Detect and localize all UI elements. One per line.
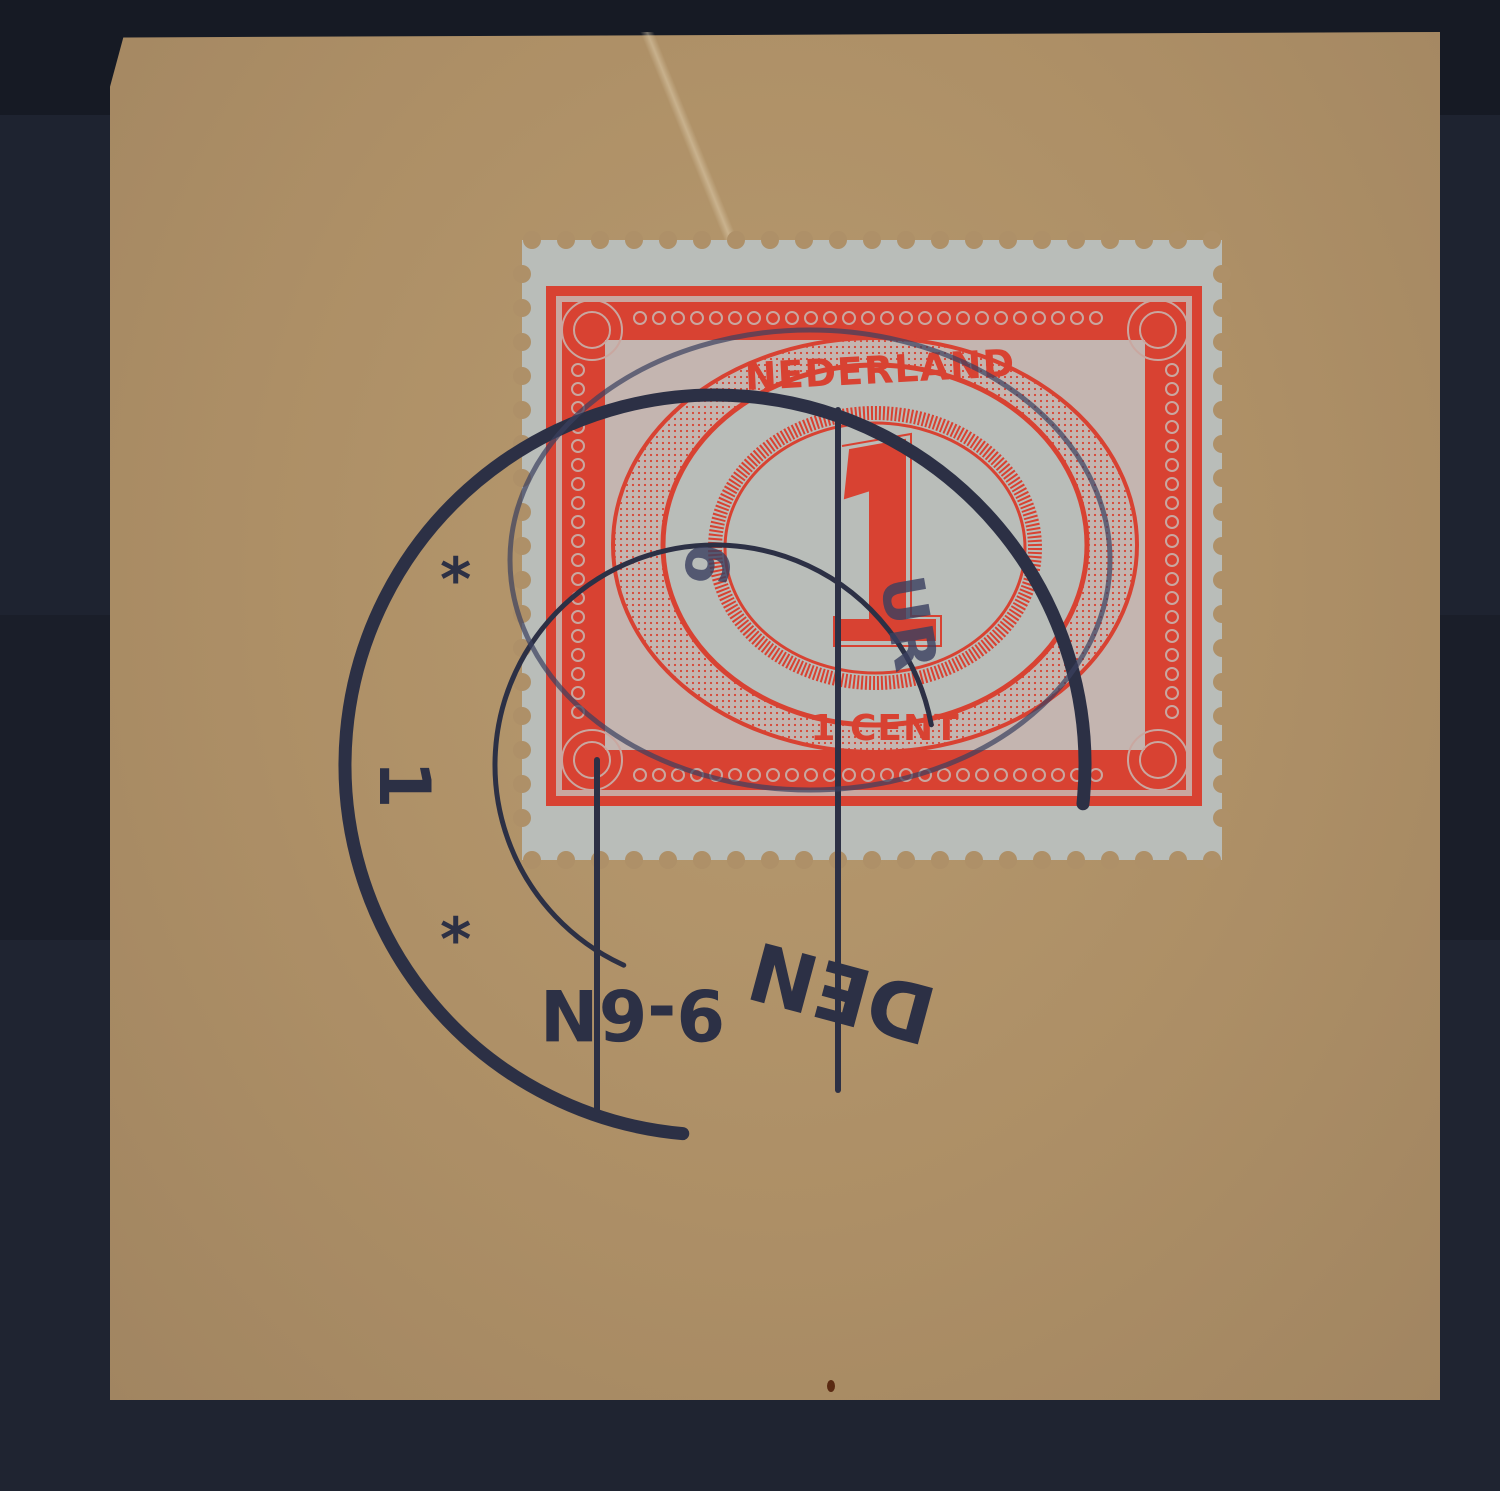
denomination-text: 1 CENT bbox=[800, 708, 970, 749]
paper-stain bbox=[827, 1380, 835, 1392]
stamp-artwork bbox=[510, 230, 1232, 870]
postage-stamp: NEDERLAND 1 CENT bbox=[510, 230, 1232, 870]
